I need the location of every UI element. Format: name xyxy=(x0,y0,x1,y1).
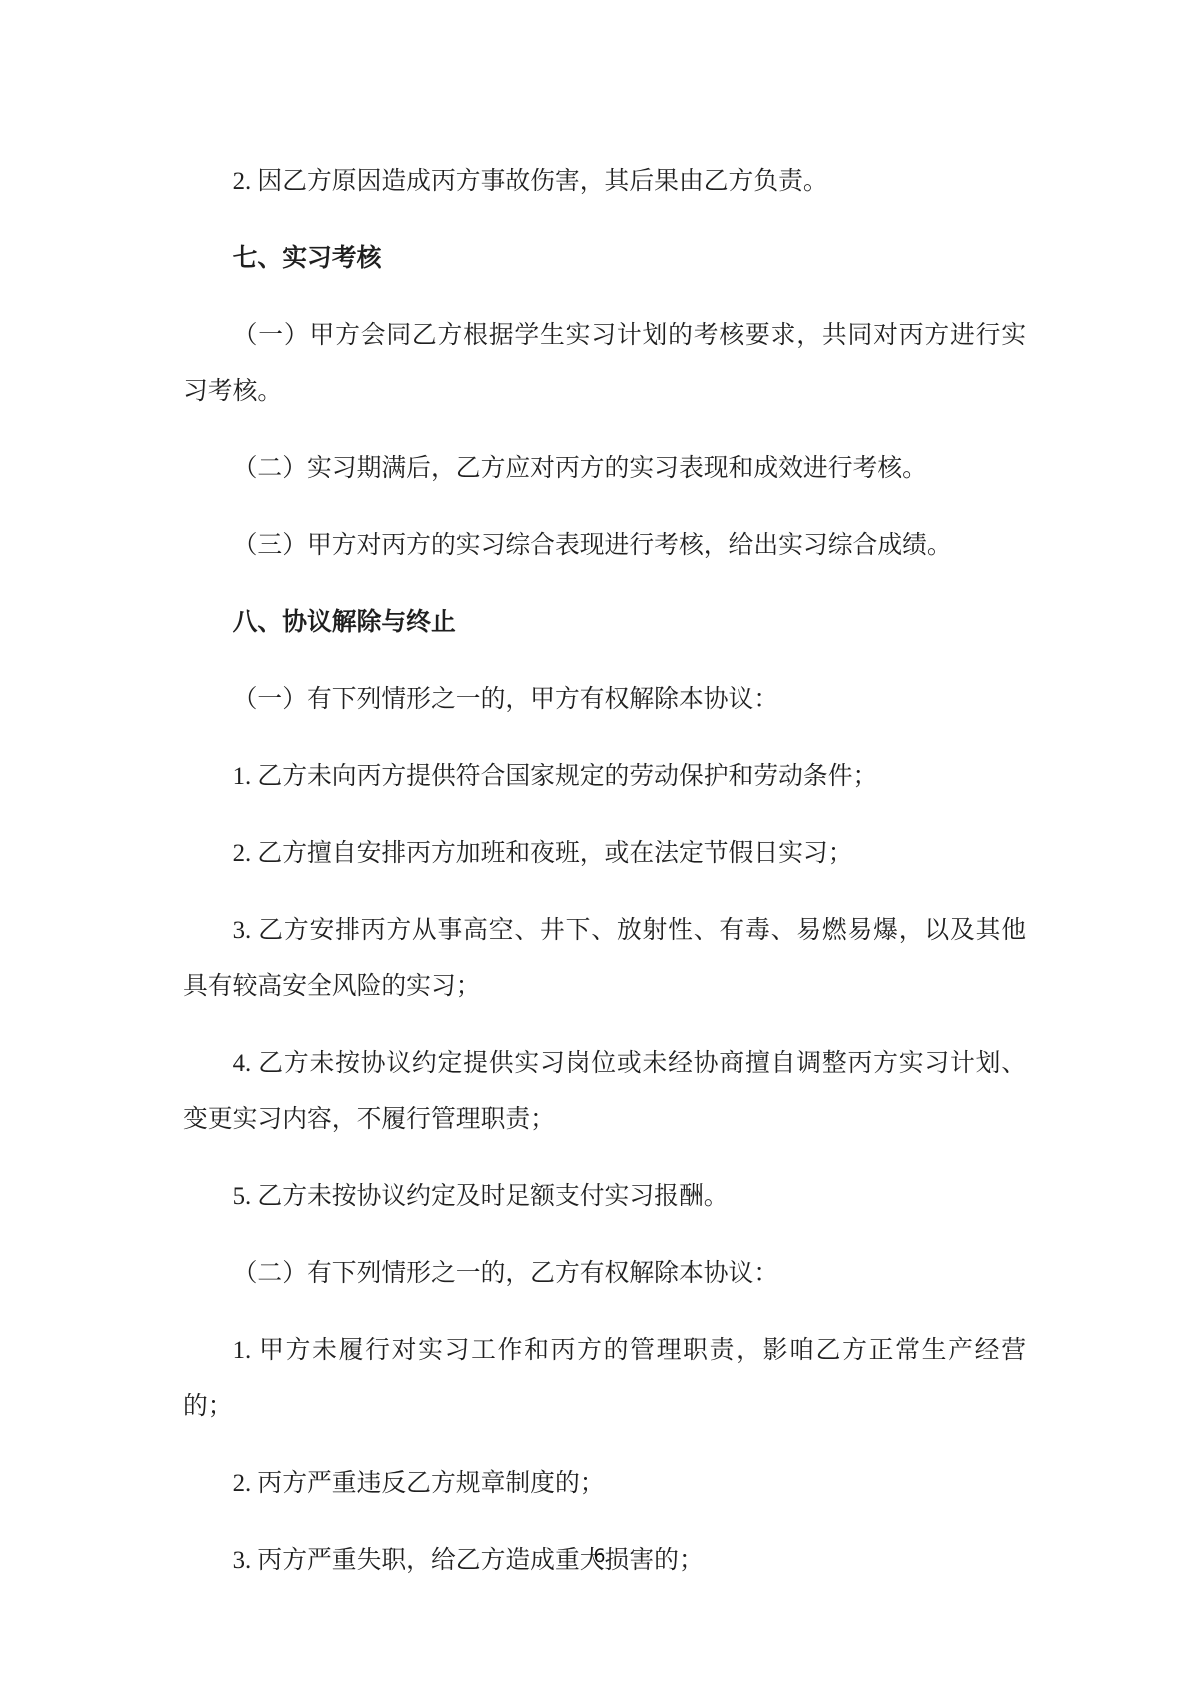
paragraph: 1. 甲方未履行对实习工作和丙方的管理职责，影咱乙方正常生产经营的； xyxy=(183,1323,1026,1435)
paragraph: 2. 因乙方原因造成丙方事故伤害，其后果由乙方负责。 xyxy=(183,154,1026,210)
paragraph: 3. 乙方安排丙方从事高空、井下、放射性、有毒、易燃易爆，以及其他具有较高安全风… xyxy=(183,903,1026,1015)
section-heading: 七、实习考核 xyxy=(183,231,1026,287)
paragraph: （二）实习期满后，乙方应对丙方的实习表现和成效进行考核。 xyxy=(183,441,1026,497)
paragraph: 1. 乙方未向丙方提供符合国家规定的劳动保护和劳动条件； xyxy=(183,749,1026,805)
paragraph: （三）甲方对丙方的实习综合表现进行考核，给出实习综合成绩。 xyxy=(183,518,1026,574)
page-number: 6 xyxy=(0,1544,1199,1568)
paragraph: 4. 乙方未按协议约定提供实习岗位或未经协商擅自调整丙方实习计划、变更实习内容，… xyxy=(183,1036,1026,1148)
document-page: 2. 因乙方原因造成丙方事故伤害，其后果由乙方负责。七、实习考核（一）甲方会同乙… xyxy=(0,0,1199,1696)
paragraph: （二）有下列情形之一的，乙方有权解除本协议： xyxy=(183,1246,1026,1302)
document-content: 2. 因乙方原因造成丙方事故伤害，其后果由乙方负责。七、实习考核（一）甲方会同乙… xyxy=(183,154,1026,1589)
paragraph: 2. 丙方严重违反乙方规章制度的； xyxy=(183,1456,1026,1512)
paragraph: （一）甲方会同乙方根据学生实习计划的考核要求，共同对丙方进行实习考核。 xyxy=(183,308,1026,420)
paragraph: 2. 乙方擅自安排丙方加班和夜班，或在法定节假日实习； xyxy=(183,826,1026,882)
paragraph: （一）有下列情形之一的，甲方有权解除本协议： xyxy=(183,672,1026,728)
paragraph: 5. 乙方未按协议约定及时足额支付实习报酬。 xyxy=(183,1169,1026,1225)
section-heading: 八、协议解除与终止 xyxy=(183,595,1026,651)
